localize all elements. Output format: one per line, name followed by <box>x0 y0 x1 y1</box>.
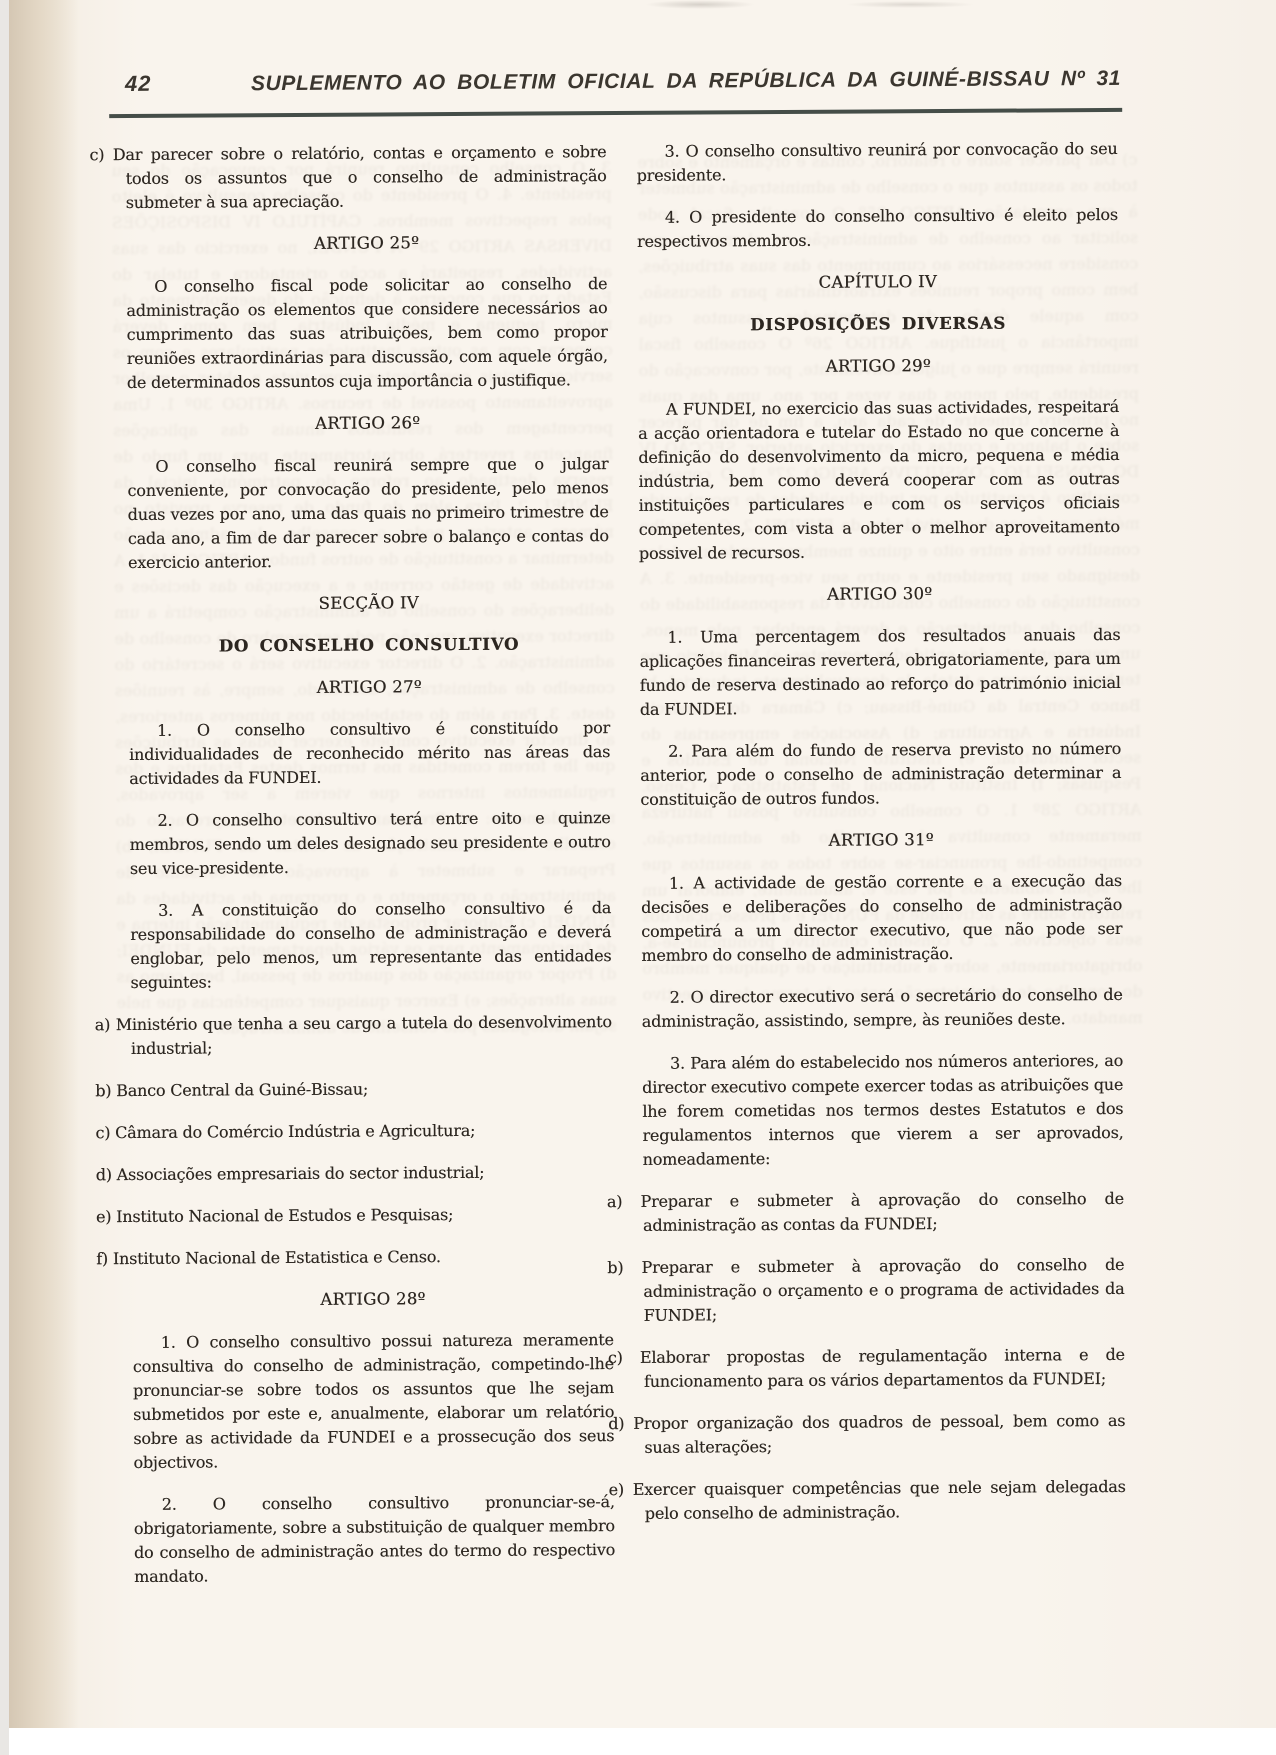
list-item: d) Associações empresariais do sector in… <box>132 1160 613 1187</box>
article-heading: ARTIGO 27º <box>129 674 610 701</box>
list-item: c) Elaborar propostas de regulamentação … <box>644 1343 1125 1394</box>
two-column-body: c) Dar parecer sobre o relatório, contas… <box>125 137 1126 1607</box>
list-item: b) Banco Central da Guiné-Bissau; <box>131 1076 612 1103</box>
list-item: c) Dar parecer sobre o relatório, contas… <box>125 140 606 215</box>
list-item: c) Câmara do Comércio Indústria e Agricu… <box>131 1118 612 1145</box>
list-item: f) Instituto Nacional de Estatistica e C… <box>132 1244 613 1271</box>
list-item: a) Ministério que tenha a seu cargo a tu… <box>131 1010 612 1061</box>
paragraph: 2. O conselho consultivo pronunciar-se-á… <box>134 1490 616 1589</box>
paragraph: 1. A actividade de gestão corrente e a e… <box>641 869 1123 968</box>
paragraph: 4. O presidente do conselho consultivo é… <box>637 203 1118 254</box>
section-heading: CAPÍTULO IV <box>637 269 1118 296</box>
scanned-document-page: 3. O conselho consultivo reunirá por con… <box>0 0 1276 1755</box>
paragraph: 2. O conselho consultivo terá entre oito… <box>129 806 610 881</box>
page-number: 42 <box>125 71 152 97</box>
paragraph: O conselho fiscal reunirá sempre que o j… <box>127 452 609 575</box>
paragraph: 3. Para além do estabelecido nos números… <box>642 1049 1124 1172</box>
paragraph: A FUNDEI, no exercicio das suas activida… <box>638 395 1120 566</box>
list-item: e) Instituto Nacional de Estudos e Pesqu… <box>132 1202 613 1229</box>
article-heading: ARTIGO 29º <box>638 353 1119 380</box>
section-heading: SECÇÃO IV <box>128 590 609 617</box>
page-content: 3. O conselho consultivo reunirá por con… <box>0 0 1276 1755</box>
article-heading: ARTIGO 30º <box>639 581 1120 608</box>
article-heading: ARTIGO 28º <box>132 1286 613 1313</box>
article-heading: ARTIGO 31º <box>641 827 1122 854</box>
article-heading: ARTIGO 25º <box>126 230 607 257</box>
list-item: e) Exercer quaisquer competências que ne… <box>645 1475 1126 1526</box>
paragraph: 1. O conselho consultivo possui natureza… <box>133 1328 615 1475</box>
left-column: c) Dar parecer sobre o relatório, contas… <box>125 140 615 1607</box>
paragraph: 3. O conselho consultivo reunirá por con… <box>636 137 1117 188</box>
page-header: 42 SUPLEMENTO AO BOLETIM OFICIAL DA REPÚ… <box>125 65 1121 97</box>
title-heading: DO CONSELHO CONSULTIVO <box>128 632 609 659</box>
right-column: 3. O conselho consultivo reunirá por con… <box>636 137 1126 1604</box>
paragraph: 2. O director executivo será o secretári… <box>642 983 1123 1034</box>
list-item: d) Propor organização dos quadros de pes… <box>644 1409 1125 1460</box>
header-rule <box>109 108 1122 118</box>
paragraph: O conselho fiscal pode solicitar ao cons… <box>126 272 608 395</box>
paragraph: 1. O conselho consultivo é constituído p… <box>129 716 610 791</box>
paragraph: 1. Uma percentagem dos resultados anuais… <box>639 623 1121 722</box>
article-heading: ARTIGO 26º <box>127 410 608 437</box>
paragraph: 2. Para além do fundo de reserva previst… <box>640 737 1121 812</box>
paragraph: 3. A constituição do conselho consultivo… <box>130 896 612 995</box>
list-item: b) Preparar e submeter à aprovação do co… <box>643 1253 1124 1328</box>
title-heading: DISPOSIÇÕES DIVERSAS <box>637 311 1118 338</box>
journal-title: SUPLEMENTO AO BOLETIM OFICIAL DA REPÚBLI… <box>151 67 1121 97</box>
list-item: a) Preparar e submeter à aprovação do co… <box>643 1187 1124 1238</box>
